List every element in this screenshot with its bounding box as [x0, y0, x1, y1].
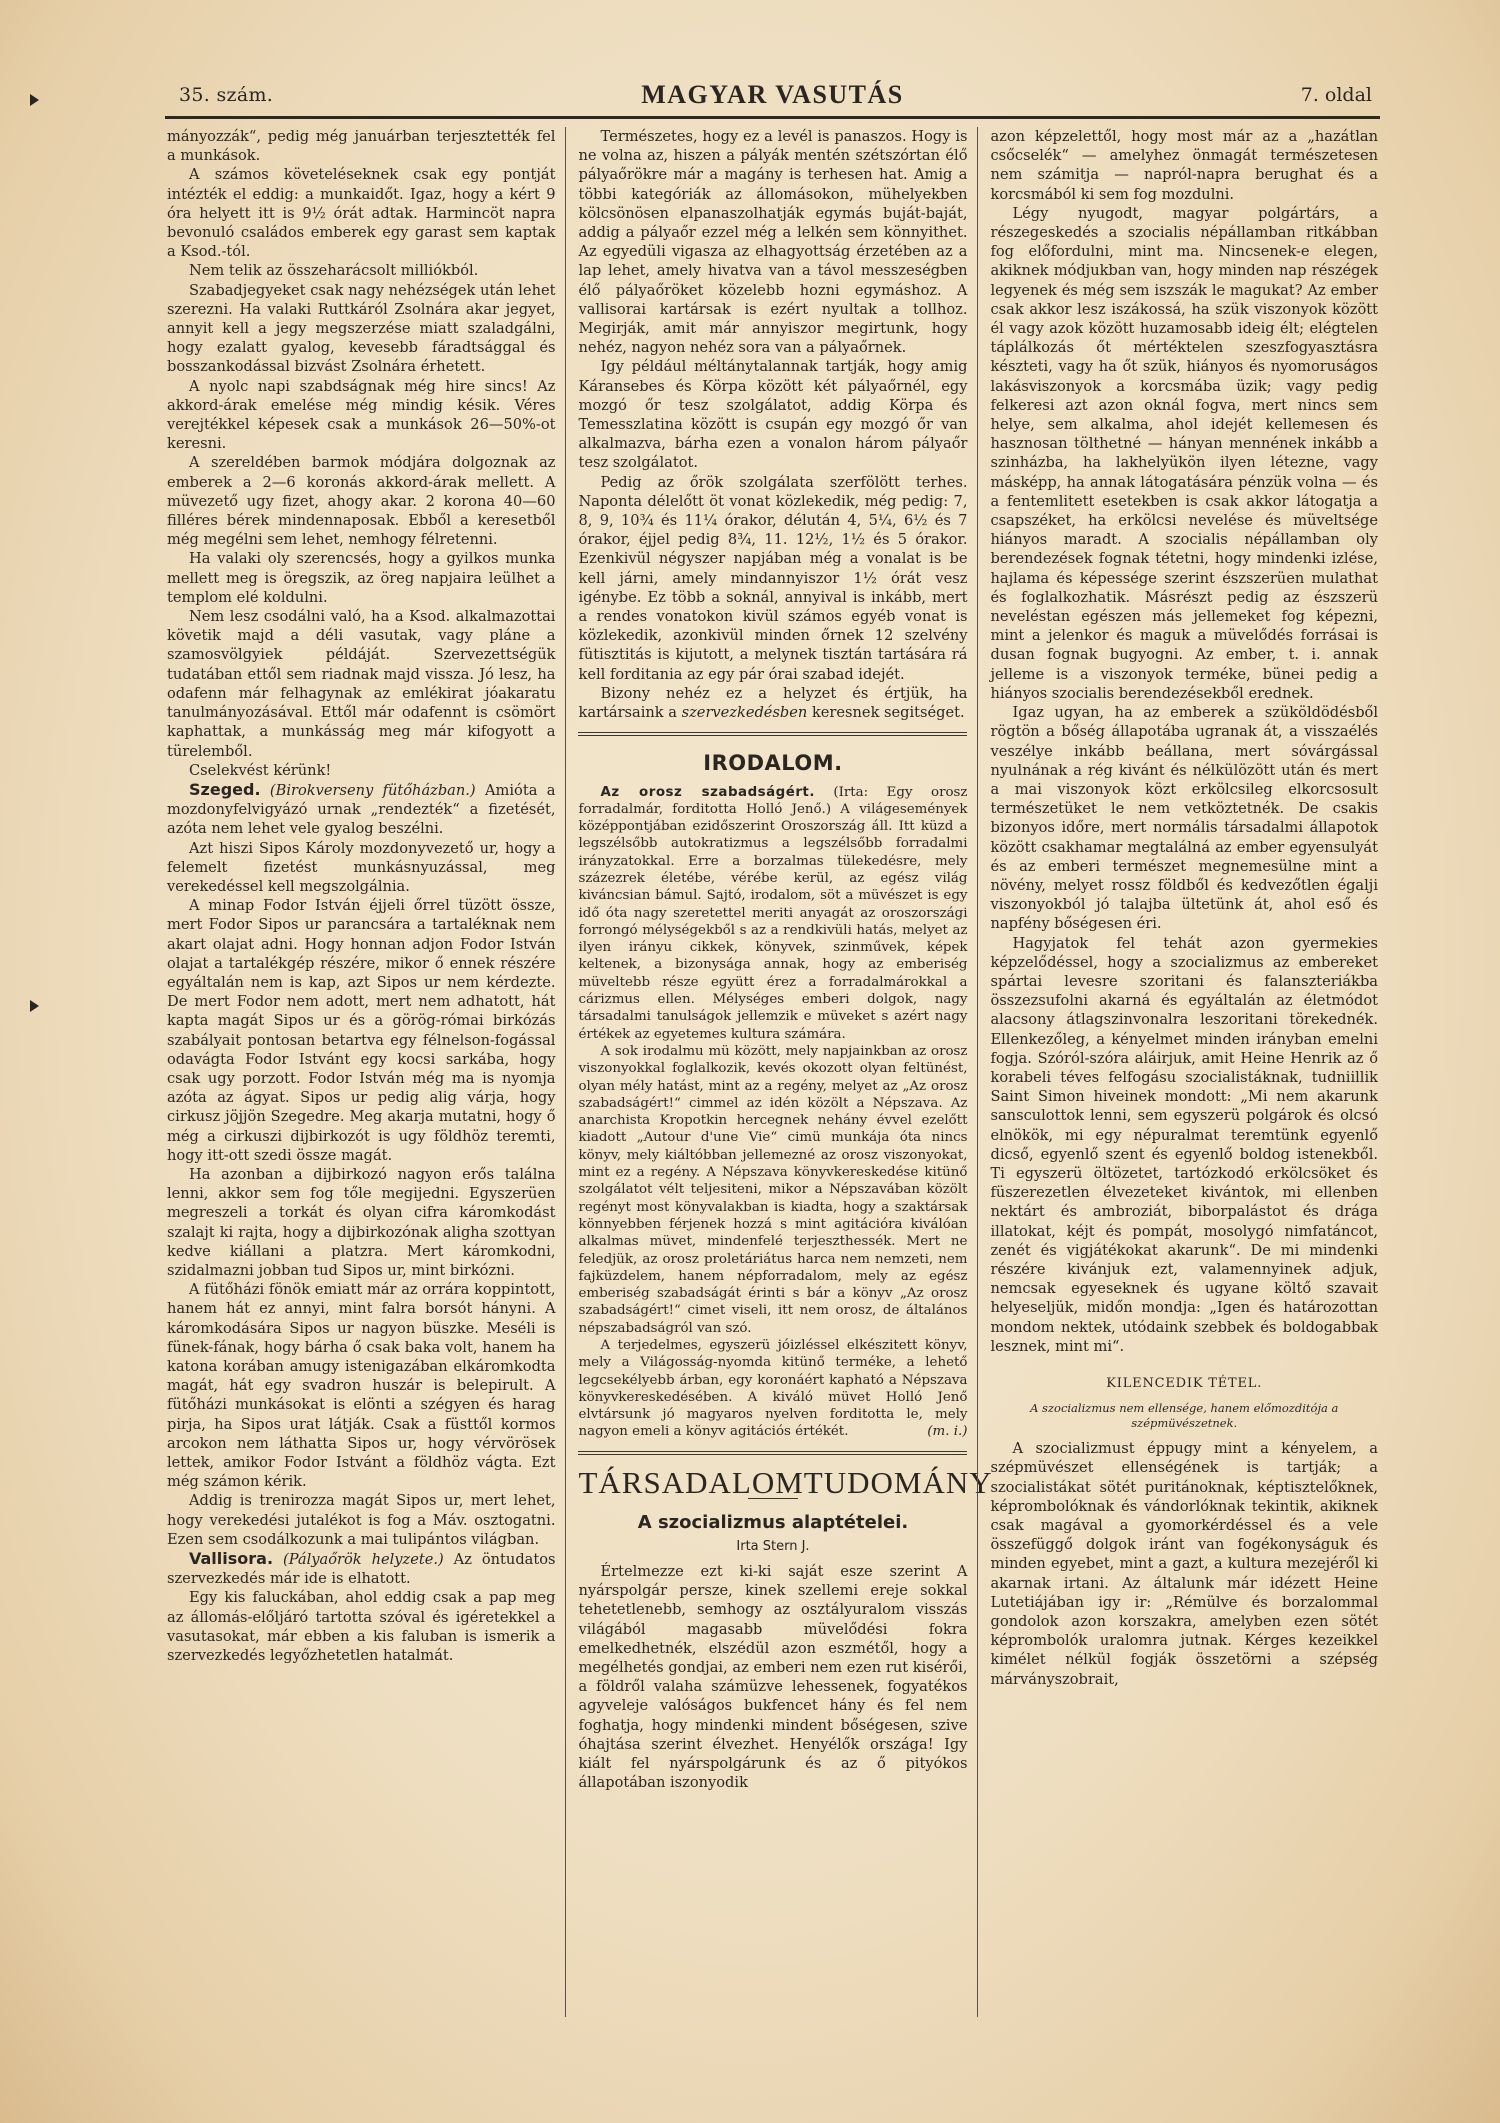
- paragraph: A fütőházi fönök emiatt már az orrára ko…: [167, 1280, 555, 1491]
- paragraph: A szereldében barmok módjára dolgoznak a…: [167, 453, 555, 549]
- masthead-title: MAGYAR VASUTÁS: [165, 80, 1380, 110]
- paragraph: Igy például méltánytalannak tartják, hog…: [578, 357, 967, 472]
- newspaper-page: 35. szám. MAGYAR VASUTÁS 7. oldal mányoz…: [165, 80, 1380, 2017]
- news-subtitle: (Pályaőrök helyzete.): [283, 1551, 444, 1568]
- paragraph: A minap Fodor István éjjeli őrrel tüzött…: [167, 896, 555, 1165]
- news-item-szeged: Szeged. (Birokverseny fütőházban.) Amiót…: [167, 780, 555, 839]
- paragraph: Addig is trenirozza magát Sipos ur, mert…: [167, 1491, 555, 1549]
- margin-mark-top: [30, 94, 39, 106]
- irodalom-section: Az orosz szabadságért. (Irta: Egy orosz …: [578, 784, 967, 1441]
- paragraph: A terjedelmes, egyszerü jóizléssel elkés…: [578, 1337, 967, 1441]
- page-number: 7. oldal: [1301, 84, 1372, 106]
- paragraph: azon képzelettől, hogy most már az a „ha…: [990, 127, 1378, 204]
- signature: (m. i.): [905, 1423, 967, 1440]
- section-title-irodalom: IRODALOM.: [578, 754, 967, 773]
- columns: mányozzák“, pedig még januárban terjeszt…: [165, 127, 1380, 2017]
- paragraph: A szocializmust éppugy mint a kényelem, …: [990, 1439, 1378, 1689]
- paragraph: Hagyjatok fel tehát azon gyermekies képz…: [990, 934, 1378, 1356]
- place-heading-szeged: Szeged.: [189, 780, 261, 799]
- paragraph: Szabadjegyeket csak nagy nehézségek után…: [167, 281, 555, 377]
- article-title: A szocializmus alaptételei.: [578, 1513, 967, 1532]
- paragraph: A nyolc napi szabdságnak még hire sincs!…: [167, 377, 555, 454]
- paragraph: Igaz ugyan, ha az emberek a szüköldödésb…: [990, 703, 1378, 933]
- paragraph: Természetes, hogy ez a levél is panaszos…: [578, 127, 967, 357]
- review-title: Az orosz szabadságért.: [600, 785, 814, 800]
- news-item-vallisora: Vallisora. (Pályaőrök helyzete.) Az öntu…: [167, 1549, 555, 1588]
- emphasis: szervezkedésben: [682, 704, 808, 721]
- paragraph: Ha azonban a dijbirkozó nagyon erős talá…: [167, 1165, 555, 1280]
- paragraph: Nem telik az összeharácsolt milliókból.: [167, 261, 555, 280]
- paragraph: Légy nyugodt, magyar polgártárs, a része…: [990, 204, 1378, 703]
- paragraph: mányozzák“, pedig még januárban terjeszt…: [167, 127, 555, 165]
- column-3: azon képzelettől, hogy most már az a „ha…: [977, 127, 1380, 2017]
- paragraph: Értelmezze ezt ki-ki saját esze szerint …: [578, 1562, 967, 1792]
- paragraph: A számos követeléseknek csak egy pontját…: [167, 165, 555, 261]
- column-2: Természetes, hogy ez a levél is panaszos…: [565, 127, 977, 2017]
- column-1: mányozzák“, pedig még januárban terjeszt…: [165, 127, 565, 2017]
- section-divider: [578, 732, 967, 736]
- header-rule: [165, 116, 1380, 119]
- page-header: 35. szám. MAGYAR VASUTÁS 7. oldal: [165, 80, 1380, 116]
- paragraph: Ha valaki oly szerencsés, hogy a gyilkos…: [167, 549, 555, 607]
- text-run: keresnek segitséget.: [807, 704, 964, 721]
- thesis-title: KILENCEDIK TÉTEL.: [990, 1374, 1378, 1393]
- paragraph: Azt hiszi Sipos Károly mozdonyvezető ur,…: [167, 839, 555, 897]
- thesis-subtitle: A szocializmus nem ellensége, hanem előm…: [990, 1401, 1378, 1431]
- paragraph: (Irta: Egy orosz forradalmár, forditotta…: [578, 785, 967, 1042]
- article-byline: Irta Stern J.: [578, 1537, 967, 1556]
- paragraph: A sok irodalmu mü között, mely napjainkb…: [578, 1043, 967, 1337]
- paragraph: Bizony nehéz ez a helyzet és értjük, ha …: [578, 684, 967, 722]
- news-subtitle: (Birokverseny fütőházban.): [270, 782, 476, 799]
- paragraph: Nem lesz csodálni való, ha a Ksod. alkal…: [167, 607, 555, 761]
- place-heading-vallisora: Vallisora.: [189, 1549, 273, 1568]
- paragraph: Pedig az őrök szolgálata szerfölött terh…: [578, 473, 967, 684]
- section-title-tarsadalomtudomany: TÁRSADALOMTUDOMÁNY: [578, 1473, 967, 1492]
- paragraph: Egy kis faluckában, ahol eddig csak a pa…: [167, 1588, 555, 1665]
- margin-mark-middle: [30, 1000, 39, 1012]
- section-divider: [578, 1451, 967, 1455]
- paragraph: Cselekvést kérünk!: [167, 761, 555, 780]
- review-lead: Az orosz szabadságért. (Irta: Egy orosz …: [578, 784, 967, 1043]
